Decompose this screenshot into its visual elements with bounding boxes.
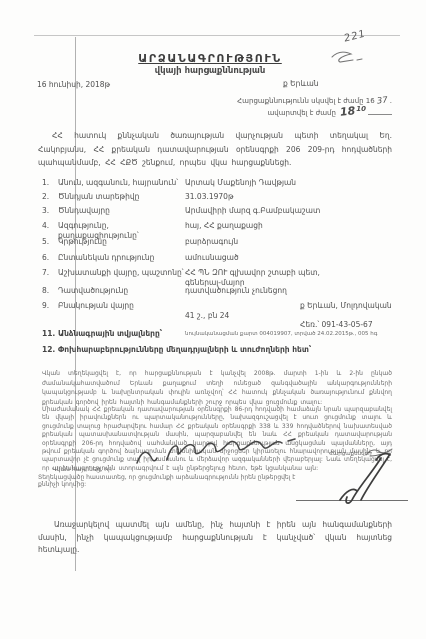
field-row-education: 5. Կրթությունը բարձրագույն: [42, 237, 392, 247]
field-label: Անձնագրային տվյալները՝: [58, 329, 185, 339]
field-number: 6.: [42, 253, 58, 263]
handwritten-page-number: 221: [343, 28, 367, 44]
field-value: ամուսնացած: [185, 253, 392, 263]
document-title: ԱՐՁԱՆԱԳՐՈՒԹՅՈՒՆ: [55, 52, 365, 65]
field-row-name: 1. Անուն, ազգանուն, հայրանուն՝ Արտակ Մաք…: [42, 178, 392, 188]
scanned-protocol-page: 221 ԱՐՁԱՆԱԳՐՈՒԹՅՈՒՆ վկայի հարցաքննության…: [0, 0, 426, 639]
field-number: 8.: [42, 286, 58, 296]
field-label: Անուն, ազգանուն, հայրանուն՝: [58, 178, 185, 188]
time-ended-line: ավարտվել է ժամը1810: [267, 105, 392, 118]
field-number: 2.: [42, 192, 58, 202]
field-label: Դատվածությունը: [58, 286, 185, 296]
field-number: 9.: [42, 301, 58, 311]
field-value: հայ, ՀՀ քաղաքացի: [185, 221, 392, 231]
field-value: Արմավիրի մարզ գ.Բամբակաշատ: [185, 206, 392, 216]
field-label: Կրթությունը: [58, 237, 185, 247]
interrogatee-label: Հարցաքննվող: [329, 451, 372, 457]
field-label: Բնակության վայրը: [58, 301, 185, 311]
field-row-residence: 9. Բնակության վայրը ք Երևան, Մոլդովական …: [42, 301, 392, 330]
end-time-underline: [368, 108, 392, 115]
field-number: 4.: [42, 221, 58, 231]
time-ended-prefix: ավարտվել է ժամը: [267, 109, 335, 117]
notice-paragraph: Վկան տեղեկացվել է, որ հարցաքննության է կ…: [42, 369, 392, 407]
field-row-marital-status: 6. Ընտանեկան դրությունը ամուսնացած: [42, 253, 392, 263]
field-value: 31.03.1970թ: [185, 192, 392, 202]
field-label: Ծննդյան տարեթիվը: [58, 192, 185, 202]
field-row-birthdate: 2. Ծննդյան տարեթիվը 31.03.1970թ: [42, 192, 392, 202]
field-label: Աշխատանքի վայրը, պաշտոնը՝: [58, 268, 185, 278]
witness-statement-line: Վկան հայտնեց, որ: [52, 466, 112, 473]
field-number: 11.: [42, 329, 58, 339]
field-value: Արտակ Մաքենոյի Դավթյան: [185, 178, 392, 188]
document-subtitle: վկայի հարցաքննության: [55, 66, 365, 76]
field-value: դատվածություն չունեցող: [185, 286, 392, 296]
closing-paragraph: Առաջարկելով պատմել այն ամենը, ինչ հայտնի…: [38, 519, 392, 557]
field-row-passport: 11. Անձնագրային տվյալները՝ նույնականացմա…: [42, 329, 392, 339]
field-number: 5.: [42, 237, 58, 247]
intro-paragraph: ՀՀ հատուկ քննչական ծառայության վարչությա…: [38, 129, 392, 170]
confirmation-line: Տեղեկացվածը հաստատեց, որ ցուցմունքի արձա…: [38, 474, 298, 488]
handwritten-end-hour: 18: [339, 104, 356, 119]
field-number: 7.: [42, 268, 58, 278]
handwritten-end-minutes: 10: [356, 105, 366, 113]
signature-underline: [296, 500, 408, 501]
document-place: ք Երևան: [283, 79, 319, 88]
field-value: նույնականացման քարտ 004019907, տրված 24.…: [185, 329, 392, 339]
field-value-line1: ՀՀ ՊՆ ԶՈՒ գլխավոր շտաբի պետ,: [185, 268, 392, 278]
field-row-birthplace: 3. Ծննդավայրը Արմավիրի մարզ գ.Բամբակաշատ: [42, 206, 392, 216]
rights-paragraph: Միաժամանակ ՀՀ քրեական դատավարության օրեն…: [42, 406, 392, 473]
field-value: ՀՀ ՊՆ ԶՈՒ գլխավոր շտաբի պետ,գեներալ-մայո…: [185, 268, 392, 287]
field-row-relations: 12. Փոխհարաբերությունները մեղադրյալների …: [42, 345, 392, 355]
field-number: 12.: [42, 345, 58, 355]
field-row-workplace: 7. Աշխատանքի վայրը, պաշտոնը՝ ՀՀ ՊՆ ԶՈՒ գ…: [42, 268, 392, 287]
document-date: 16 հունիսի, 2018թ: [37, 80, 110, 89]
field-label: Փոխհարաբերությունները մեղադրյալների և տո…: [58, 345, 311, 355]
field-value: բարձրագույն: [185, 237, 392, 247]
field-row-criminal-record: 8. Դատվածությունը դատվածություն չունեցող: [42, 286, 392, 296]
field-label: Ծննդավայրը: [58, 206, 185, 216]
field-label: Ընտանեկան դրությունը: [58, 253, 185, 263]
field-number: 1.: [42, 178, 58, 188]
page-fold-line: [75, 37, 76, 571]
field-value-line1: ք Երևան, Մոլդովական 41 շ., բն 24: [185, 301, 392, 320]
field-value: ք Երևան, Մոլդովական 41 շ., բն 24Հեռ.՝ 09…: [185, 301, 392, 330]
field-number: 3.: [42, 206, 58, 216]
